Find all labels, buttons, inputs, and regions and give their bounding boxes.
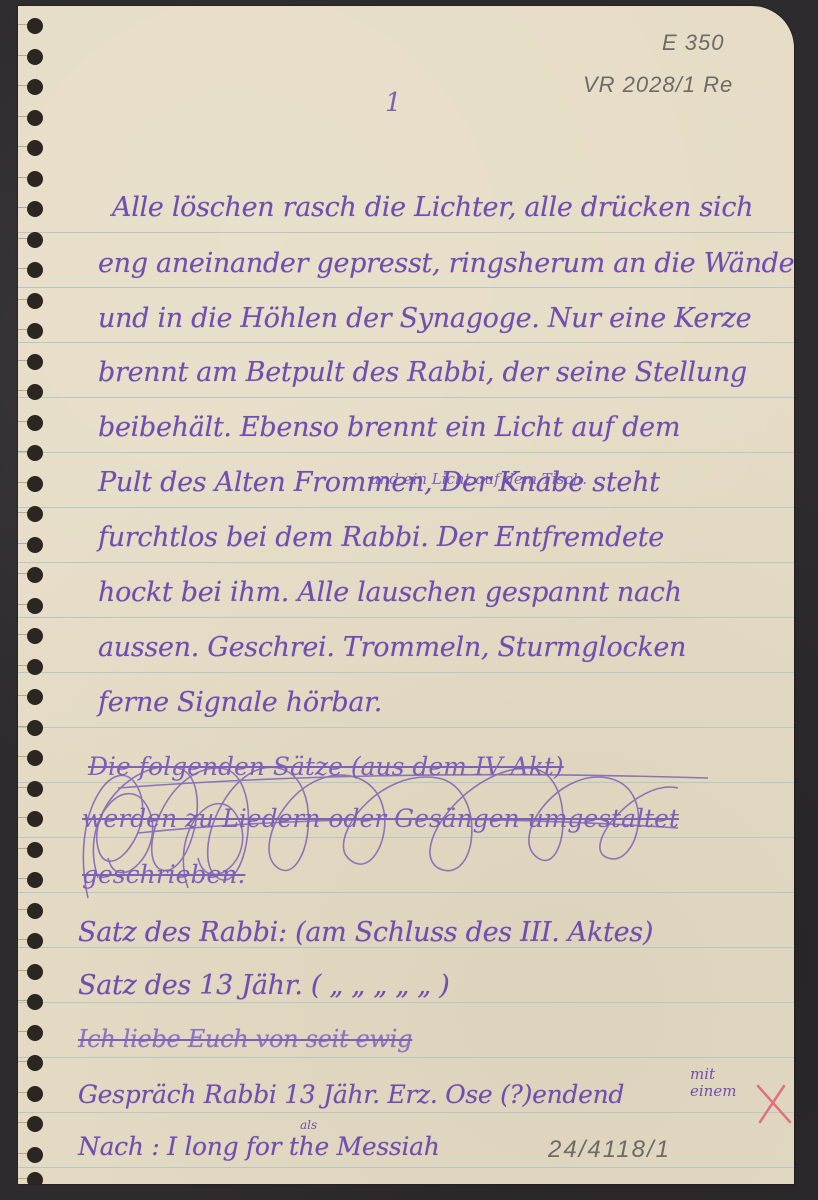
spiral-hole	[27, 79, 43, 95]
spiral-hole	[27, 18, 43, 34]
body-line: furchtlos bei dem Rabbi. Der Entfremdete	[98, 522, 664, 553]
spiral-hole	[27, 415, 43, 431]
spiral-hole	[27, 49, 43, 65]
ruled-line	[18, 1167, 794, 1168]
spiral-hole	[27, 537, 43, 553]
spiral-hole	[27, 1025, 43, 1041]
spiral-hole	[27, 171, 43, 187]
ruled-line	[18, 727, 794, 728]
note-line-struck: Ich liebe Euch von seit ewig	[78, 1025, 412, 1053]
note-line: Satz des Rabbi: (am Schluss des III. Akt…	[78, 917, 653, 948]
ruled-line	[18, 397, 794, 398]
ruled-line	[18, 1002, 794, 1003]
scribble-strikeout-icon	[78, 748, 718, 900]
note-line: Satz des 13 Jähr. ( „ „ „ „ „ )	[78, 970, 450, 1001]
spiral-hole	[27, 110, 43, 126]
ruled-line	[18, 452, 794, 453]
body-line: hockt bei ihm. Alle lauschen gespannt na…	[98, 577, 682, 608]
spiral-hole	[27, 323, 43, 339]
spiral-hole	[27, 201, 43, 217]
body-line: ferne Signale hörbar.	[98, 687, 382, 718]
spiral-hole	[27, 872, 43, 888]
body-line: Pult des Alten Frommen, Der Knabe steht	[98, 467, 660, 498]
spiral-hole	[27, 933, 43, 949]
crossed-out-passage: Die folgenden Sätze (aus dem IV Akt) wer…	[78, 748, 718, 900]
spiral-hole	[27, 1147, 43, 1163]
spiral-hole	[27, 964, 43, 980]
spiral-hole	[27, 842, 43, 858]
spiral-hole	[27, 445, 43, 461]
ruled-line	[18, 1112, 794, 1113]
archive-footer-number: 24/4118/1	[548, 1136, 671, 1164]
margin-insert: mit einem	[690, 1066, 746, 1100]
ruled-line	[18, 287, 794, 288]
spiral-hole	[27, 232, 43, 248]
correction-x-icon	[754, 1082, 794, 1126]
page-number: 1	[385, 88, 402, 118]
spiral-hole	[27, 567, 43, 583]
ruled-line	[18, 617, 794, 618]
spiral-hole	[27, 598, 43, 614]
note-line: Nach : I long for the Messiah	[78, 1132, 440, 1161]
spiral-hole	[27, 1172, 43, 1184]
spiral-hole	[27, 994, 43, 1010]
ruled-line	[18, 507, 794, 508]
ruled-line	[18, 1057, 794, 1058]
body-line: Alle löschen rasch die Lichter, alle drü…	[112, 192, 753, 223]
spiral-hole	[27, 293, 43, 309]
spiral-hole	[27, 140, 43, 156]
spiral-hole	[27, 476, 43, 492]
ruled-line	[18, 672, 794, 673]
spiral-hole	[27, 506, 43, 522]
body-line: und in die Höhlen der Synagoge. Nur eine…	[98, 303, 751, 334]
body-line: aussen. Geschrei. Trommeln, Sturmglocken	[98, 632, 686, 663]
ruled-line	[18, 562, 794, 563]
spiral-hole	[27, 262, 43, 278]
spiral-hole	[27, 628, 43, 644]
spiral-hole	[27, 1086, 43, 1102]
note-line: Gespräch Rabbi 13 Jähr. Erz. Ose (?)ende…	[78, 1080, 624, 1109]
body-line: beibehält. Ebenso brennt ein Licht auf d…	[98, 412, 680, 443]
body-line: brennt am Betpult des Rabbi, der seine S…	[98, 357, 747, 388]
archive-catalog-id: E 350	[662, 30, 725, 56]
spiral-hole	[27, 903, 43, 919]
spiral-hole	[27, 811, 43, 827]
spiral-hole	[27, 689, 43, 705]
spiral-hole	[27, 750, 43, 766]
spiral-hole	[27, 659, 43, 675]
body-line: eng aneinander gepresst, ringsherum an d…	[98, 248, 794, 279]
spiral-hole	[27, 781, 43, 797]
spiral-hole	[27, 1055, 43, 1071]
archive-reference: VR 2028/1 Re	[583, 72, 733, 98]
ruled-line	[18, 232, 794, 233]
ruled-line	[18, 342, 794, 343]
interlinear-insert: als	[300, 1118, 317, 1132]
spiral-hole	[27, 384, 43, 400]
spiral-hole	[27, 354, 43, 370]
spiral-hole	[27, 720, 43, 736]
spiral-hole	[27, 1116, 43, 1132]
